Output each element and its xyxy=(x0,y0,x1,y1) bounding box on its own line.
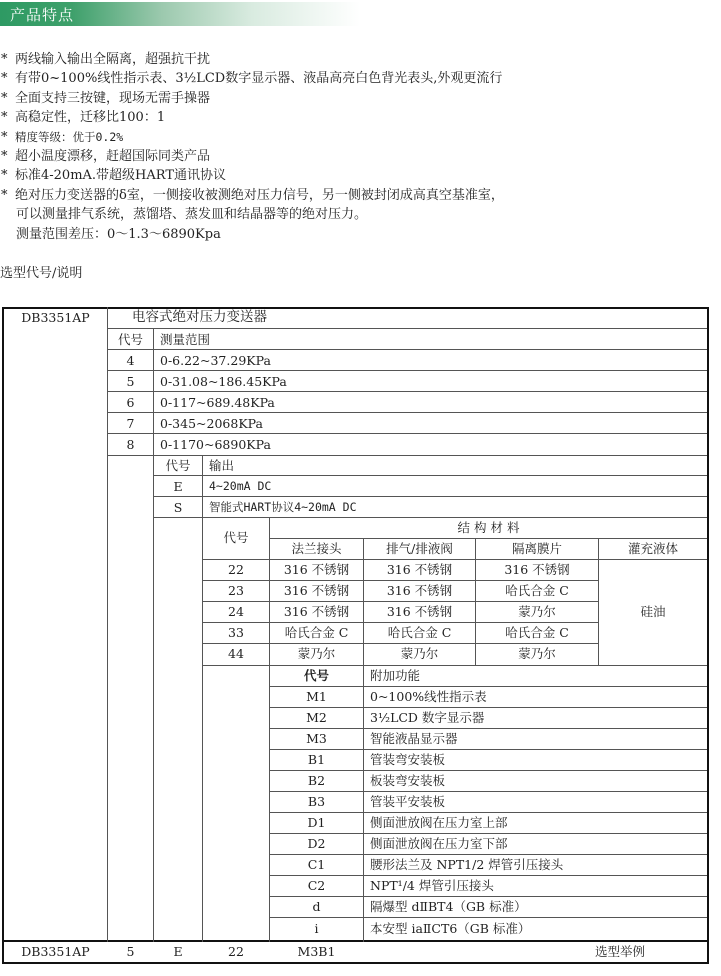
diaphragm-material: 哈氏合金 C xyxy=(476,580,598,601)
selection-table: DB3351AP 电容式绝对压力变送器 代号 测量范围 4 0-6.22~37.… xyxy=(0,0,721,976)
option-code: B2 xyxy=(270,770,363,791)
material-code: 33 xyxy=(203,622,269,643)
model-description: 电容式绝对压力变送器 xyxy=(108,307,508,328)
range-code: 5 xyxy=(108,371,153,392)
range-code: 7 xyxy=(108,413,153,434)
option-desc: 0~100%线性指示表 xyxy=(364,686,704,707)
material-group-header: 结 构 材 料 xyxy=(270,517,707,538)
option-desc: 本安型 iaⅡCT6（GB 标准） xyxy=(364,918,704,939)
example-label: 选型举例 xyxy=(580,941,660,962)
table-border-bottom xyxy=(2,962,709,964)
material-code: 23 xyxy=(203,580,269,601)
material-code: 24 xyxy=(203,601,269,622)
option-desc: 侧面泄放阀在压力室上部 xyxy=(364,812,704,833)
flange-material: 316 不锈钢 xyxy=(270,559,363,580)
example-output: E xyxy=(154,941,202,962)
range-desc: 0-1170~6890KPa xyxy=(154,434,454,455)
material-col-header: 法兰接头 xyxy=(270,538,363,559)
option-desc: 管装平安装板 xyxy=(364,791,704,812)
range-desc-header: 测量范围 xyxy=(154,329,454,350)
option-desc: 腰形法兰及 NPT1/2 焊管引压接头 xyxy=(364,854,704,875)
range-code: 4 xyxy=(108,350,153,371)
material-code: 22 xyxy=(203,559,269,580)
vent-material: 哈氏合金 C xyxy=(364,622,475,643)
output-code: E xyxy=(154,476,202,497)
output-desc: 智能式HART协议4~20mA DC xyxy=(203,497,503,518)
material-col-header: 排气/排液阀 xyxy=(364,538,475,559)
option-code: d xyxy=(270,896,363,917)
output-desc: 4~20mA DC xyxy=(203,476,503,497)
flange-material: 316 不锈钢 xyxy=(270,601,363,622)
range-code-header: 代号 xyxy=(108,329,153,350)
diaphragm-material: 哈氏合金 C xyxy=(476,622,598,643)
options-code-header: 代号 xyxy=(270,665,363,686)
option-code: D1 xyxy=(270,812,363,833)
option-desc: 智能液晶显示器 xyxy=(364,728,704,749)
diaphragm-material: 蒙乃尔 xyxy=(476,601,598,622)
option-desc: 管装弯安装板 xyxy=(364,749,704,770)
range-code: 6 xyxy=(108,392,153,413)
output-desc-header: 输出 xyxy=(203,455,503,476)
table-border-right xyxy=(707,307,709,964)
output-code: S xyxy=(154,497,202,518)
option-desc: 隔爆型 dⅡBT4（GB 标准） xyxy=(364,896,704,917)
options-desc-header: 附加功能 xyxy=(364,665,704,686)
option-desc: 侧面泄放阀在压力室下部 xyxy=(364,833,704,854)
option-code: B1 xyxy=(270,749,363,770)
option-code: C1 xyxy=(270,854,363,875)
vent-material: 316 不锈钢 xyxy=(364,559,475,580)
example-model: DB3351AP xyxy=(4,941,107,962)
range-desc: 0-345~2068KPa xyxy=(154,413,454,434)
flange-material: 316 不锈钢 xyxy=(270,580,363,601)
diaphragm-material: 蒙乃尔 xyxy=(476,643,598,664)
diaphragm-material: 316 不锈钢 xyxy=(476,559,598,580)
material-col-header: 灌充液体 xyxy=(599,538,707,559)
flange-material: 哈氏合金 C xyxy=(270,622,363,643)
option-desc: NPT¹/4 焊管引压接头 xyxy=(364,875,704,896)
option-desc: 板装弯安装板 xyxy=(364,770,704,791)
flange-material: 蒙乃尔 xyxy=(270,643,363,664)
vent-material: 316 不锈钢 xyxy=(364,601,475,622)
range-desc: 0-117~689.48KPa xyxy=(154,392,454,413)
col-divider xyxy=(153,455,154,942)
range-desc: 0-31.08~186.45KPa xyxy=(154,371,454,392)
range-code: 8 xyxy=(108,434,153,455)
model-code: DB3351AP xyxy=(4,307,107,328)
material-code-header: 代号 xyxy=(203,517,269,559)
table-border-left xyxy=(2,307,4,964)
option-code: D2 xyxy=(270,833,363,854)
option-desc: 3½LCD 数字显示器 xyxy=(364,707,704,728)
vent-material: 蒙乃尔 xyxy=(364,643,475,664)
example-material: 22 xyxy=(203,941,269,962)
fill-fluid: 硅油 xyxy=(599,559,707,665)
output-code-header: 代号 xyxy=(154,455,202,476)
material-col-header: 隔离膜片 xyxy=(476,538,598,559)
option-code: i xyxy=(270,918,363,939)
option-code: C2 xyxy=(270,875,363,896)
range-desc: 0-6.22~37.29KPa xyxy=(154,350,454,371)
example-range: 5 xyxy=(108,941,153,962)
option-code: M2 xyxy=(270,707,363,728)
option-code: M1 xyxy=(270,686,363,707)
vent-material: 316 不锈钢 xyxy=(364,580,475,601)
example-options: M3B1 xyxy=(270,941,363,962)
option-code: B3 xyxy=(270,791,363,812)
option-code: M3 xyxy=(270,728,363,749)
material-code: 44 xyxy=(203,643,269,664)
